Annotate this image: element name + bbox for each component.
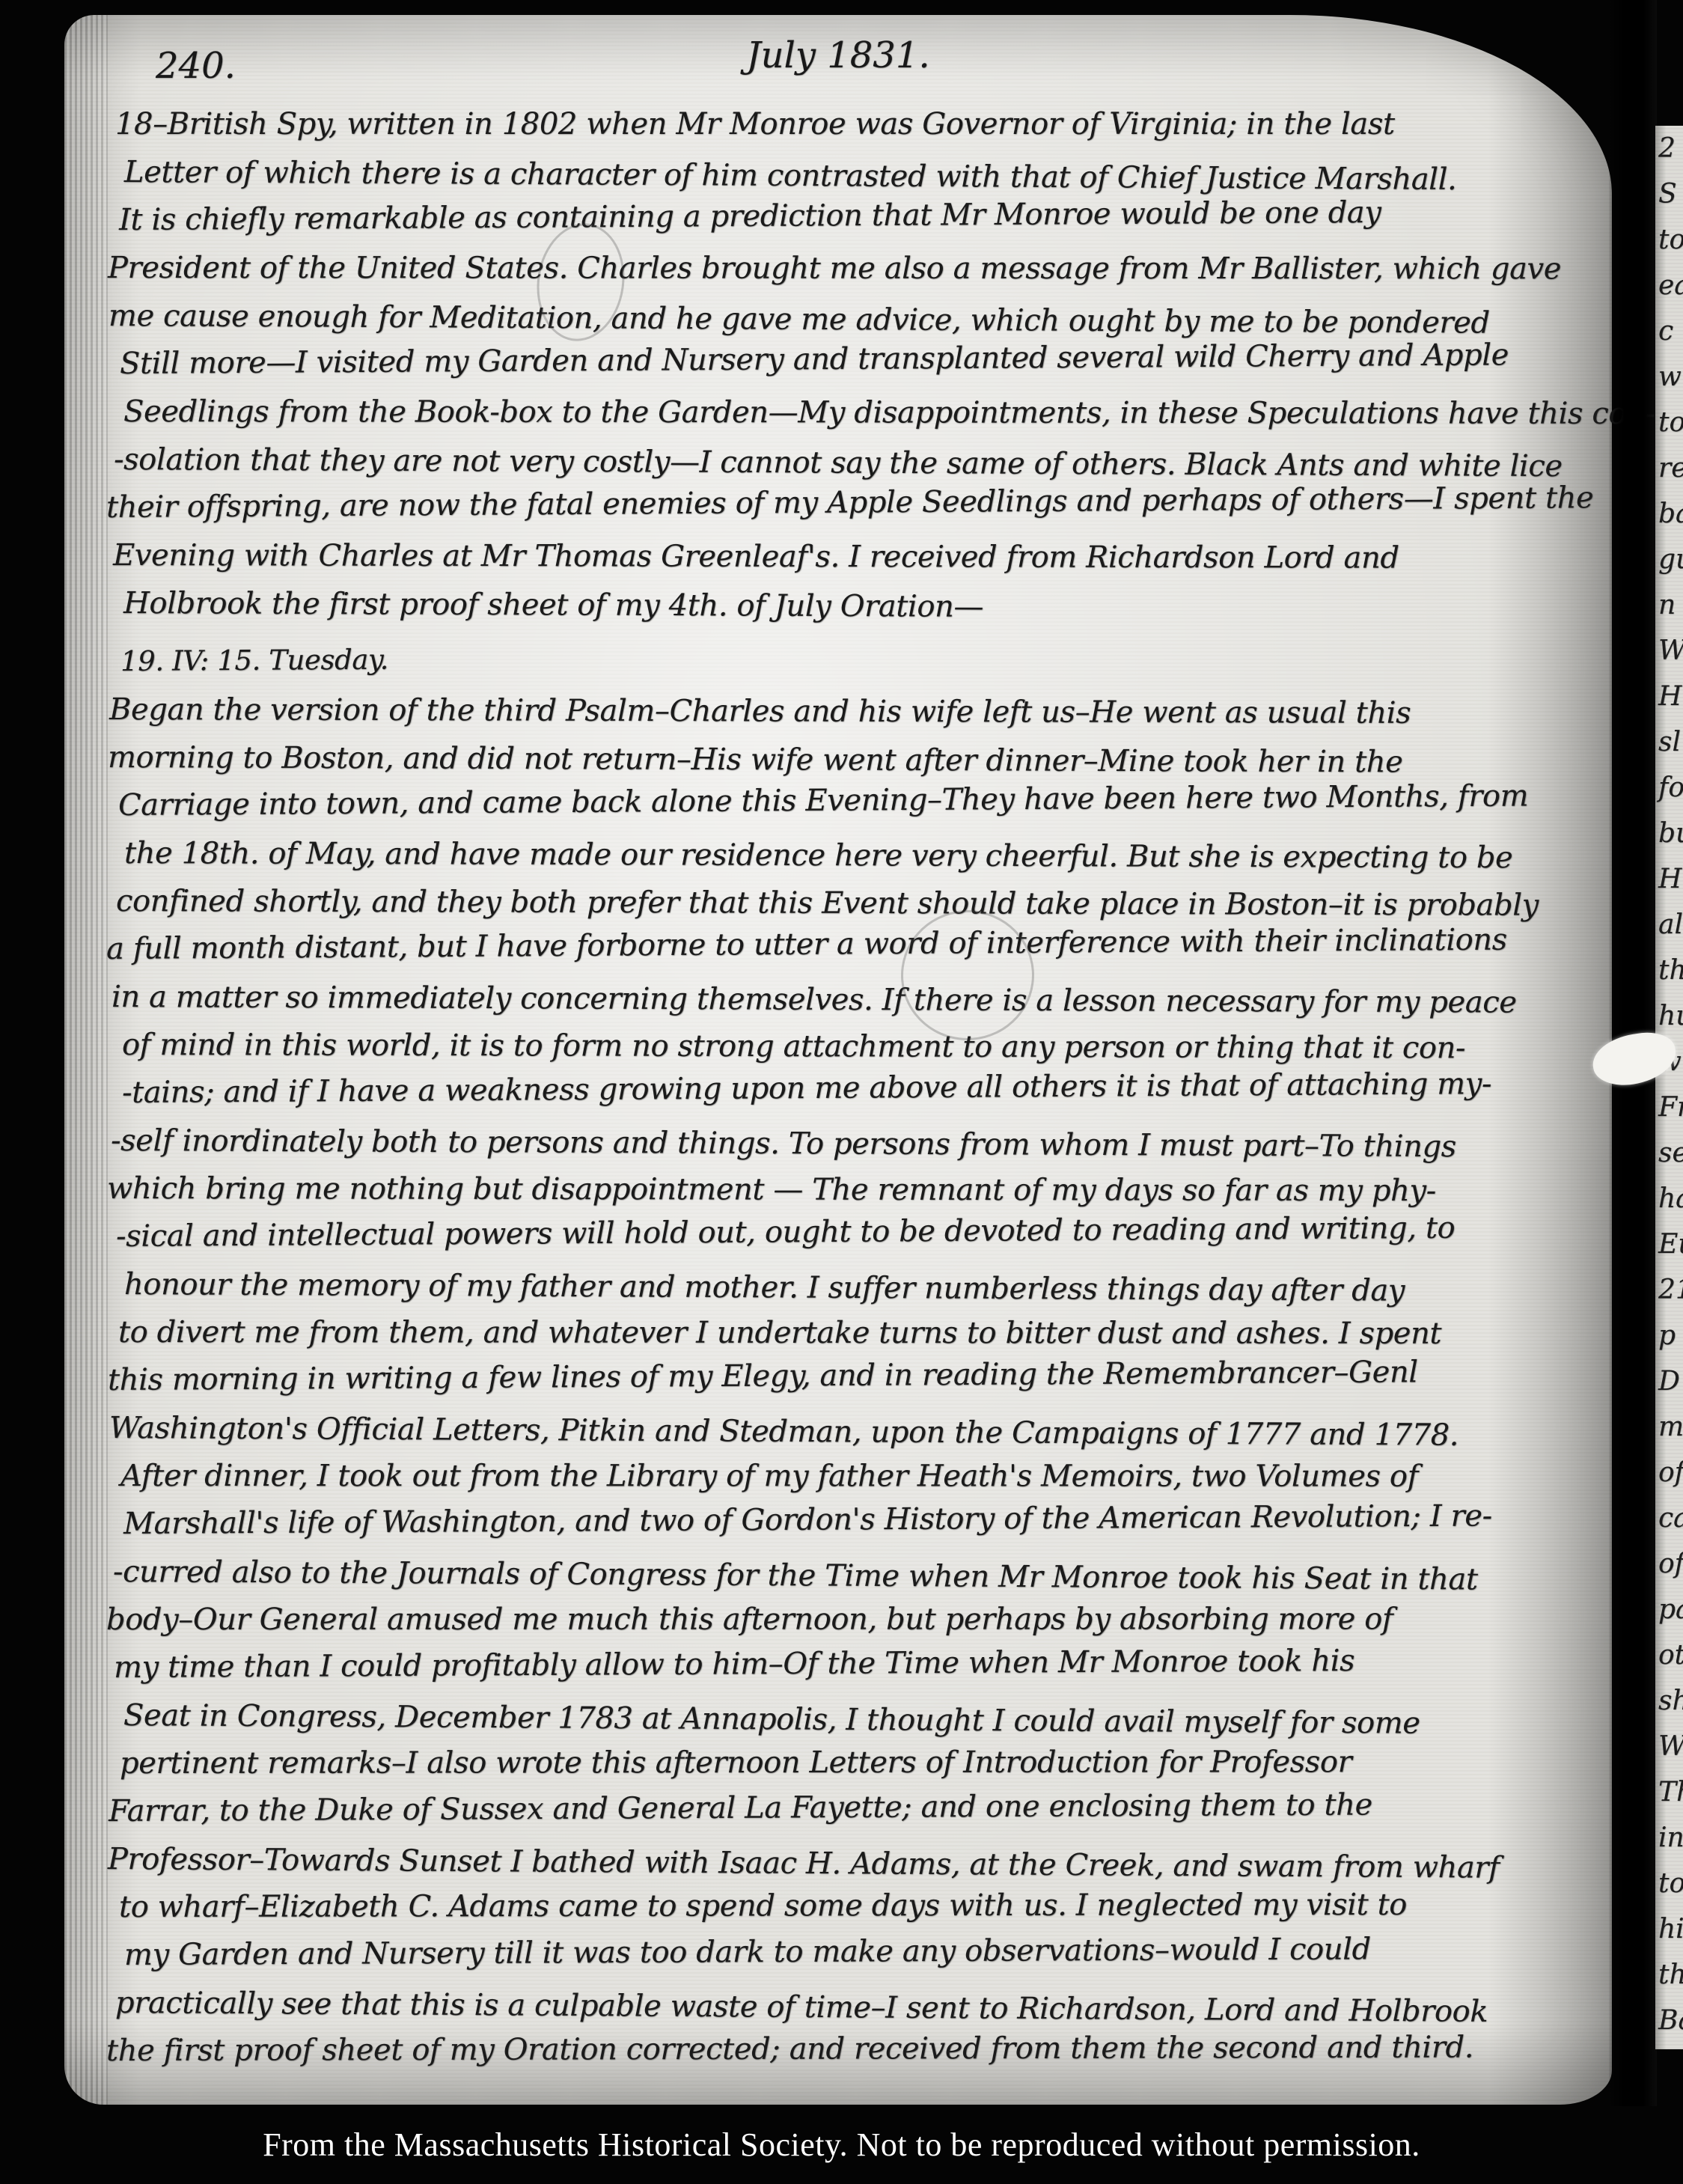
page-fragment: gu	[1655, 537, 1683, 582]
page-fragment: al	[1655, 902, 1683, 948]
page-fragment: hi	[1655, 1906, 1683, 1952]
manuscript-line: Farrar, to the Duke of Sussex and Genera…	[109, 1780, 1582, 1835]
page-fragment: sl	[1655, 719, 1683, 765]
page-fragment: H	[1655, 856, 1683, 902]
manuscript-line: the 18th. of May, and have made our resi…	[124, 829, 1582, 882]
page-fragment: W	[1655, 1724, 1683, 1769]
page-fragment: in	[1655, 1815, 1683, 1861]
page-fragment: to	[1655, 400, 1683, 445]
manuscript-line: -self inordinately both to persons and t…	[111, 1117, 1582, 1171]
page-fragment: otz	[1655, 1632, 1683, 1678]
manuscript-line: in a matter so immediately concerning th…	[112, 973, 1582, 1027]
manuscript-line: my Garden and Nursery till it was too da…	[124, 1924, 1582, 1979]
page-fragment: to	[1655, 217, 1683, 263]
date-heading: July 1831.	[64, 34, 1612, 76]
manuscript-line: Holbrook the first proof sheet of my 4th…	[123, 579, 1582, 633]
page-fragment: pa	[1655, 1587, 1683, 1632]
manuscript-line: Evening with Charles at Mr Thomas Greenl…	[113, 531, 1582, 582]
page-fragment: cat	[1655, 1495, 1683, 1541]
page-fragment: ea	[1655, 263, 1683, 308]
manuscript-line: Marshall's life of Washington, and two o…	[123, 1492, 1582, 1548]
page-fragment: for	[1655, 765, 1683, 811]
manuscript-line: my time than I could profitably allow to…	[114, 1635, 1582, 1692]
page-fragment: ha	[1655, 1176, 1683, 1221]
scanned-manuscript-photo: { "manuscript": { "page_number": "240.",…	[0, 0, 1683, 2184]
footer-credit: From the Massachusetts Historical Societ…	[0, 2126, 1683, 2164]
page-fragment: w	[1655, 354, 1683, 400]
page-fragment: p	[1655, 1313, 1683, 1358]
page-fragment: re	[1655, 445, 1683, 491]
page-fragment: th	[1655, 948, 1683, 993]
manuscript-line: It is chiefly remarkable as containing a…	[119, 187, 1582, 244]
page-fragment: bu	[1655, 811, 1683, 856]
page-fragment: Fr	[1655, 1085, 1683, 1130]
page-fragment: to	[1655, 1861, 1683, 1906]
book-page-edge	[64, 15, 108, 2105]
page-fragment: sh	[1655, 1678, 1683, 1724]
manuscript-line: this morning in writing a few lines of m…	[108, 1347, 1582, 1404]
manuscript-line: to wharf–Elizabeth C. Adams came to spen…	[119, 1881, 1582, 1931]
manuscript-line: pertinent remarks–I also wrote this afte…	[120, 1738, 1582, 1787]
manuscript-line: their offspring, are now the fatal enemi…	[106, 474, 1582, 531]
page-fragment: sec	[1655, 1130, 1683, 1176]
manuscript-line: Seedlings from the Book-box to the Garde…	[123, 388, 1582, 438]
manuscript-line: -tains; and if I have a weakness growing…	[122, 1059, 1582, 1117]
page-fragment: ba	[1655, 491, 1683, 537]
manuscript-line: honour the memory of my father and mothe…	[124, 1260, 1582, 1316]
page-fragment: 2	[1655, 126, 1683, 171]
page-fragment: S	[1655, 171, 1683, 217]
manuscript-line: Carriage into town, and came back alone …	[118, 772, 1582, 829]
manuscript-line: Still more—I visited my Garden and Nurse…	[120, 331, 1582, 388]
page-fragment: th	[1655, 1952, 1683, 1998]
page-fragment: Ba	[1655, 1998, 1683, 2043]
manuscript-line: the first proof sheet of my Oration corr…	[106, 2023, 1582, 2075]
page-fragment: Eu	[1655, 1221, 1683, 1267]
manuscript-text-block: 18–British Spy, written in 1802 when Mr …	[109, 100, 1582, 2075]
page-fragment: m	[1655, 1404, 1683, 1450]
page-fragment: of	[1655, 1541, 1683, 1587]
page-fragment: c	[1655, 308, 1683, 354]
page-fragment: Th	[1655, 1769, 1683, 1815]
manuscript-line: a full month distant, but I have forborn…	[106, 915, 1582, 973]
page-fragment: H.	[1655, 674, 1683, 719]
page-fragment: D	[1655, 1358, 1683, 1404]
page-fragment: W	[1655, 628, 1683, 674]
manuscript-line: President of the United States. Charles …	[108, 244, 1582, 293]
manuscript-page: 240. July 1831. 18–British Spy, written …	[64, 15, 1612, 2105]
page-fragment: n	[1655, 582, 1683, 628]
manuscript-line: Began the version of the third Psalm–Cha…	[109, 686, 1582, 737]
page-fragment: of	[1655, 1450, 1683, 1495]
manuscript-line: 18–British Spy, written in 1802 when Mr …	[115, 100, 1582, 148]
page-fragment: 21	[1655, 1267, 1683, 1313]
page-fragment: hu	[1655, 993, 1683, 1039]
manuscript-line: -sical and intellectual powers will hold…	[116, 1204, 1582, 1260]
entry-19-heading: 19. IV: 15. Tuesday.	[120, 628, 1582, 686]
adjacent-page-sliver: 2StoeacwtorebagunWH.slforbuHalthhuwFrsec…	[1655, 126, 1683, 2049]
